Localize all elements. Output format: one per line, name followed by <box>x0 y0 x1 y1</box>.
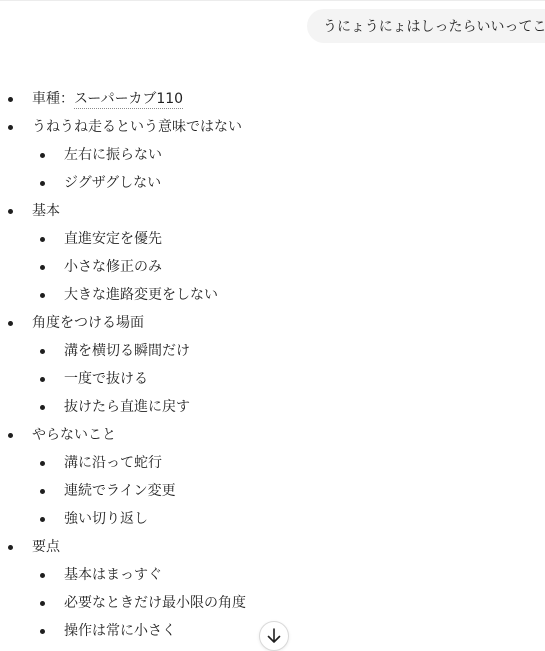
list-item-label: 基本 <box>32 197 60 225</box>
user-message-bubble: うにょうにょはしったらいいってこと？ <box>307 9 545 43</box>
sub-list-item: 連続でライン変更 <box>0 477 545 505</box>
sub-list-item-label: 必要なときだけ最小限の角度 <box>64 589 246 617</box>
bullet-icon <box>40 517 45 522</box>
bullet-icon <box>40 265 45 270</box>
list-item-label: 要点 <box>32 533 60 561</box>
bullet-icon <box>40 489 45 494</box>
list-item: うねうね走るという意味ではない 左右に振らない ジグザグしない <box>0 113 545 197</box>
sub-list-item: 直進安定を優先 <box>0 225 545 253</box>
sub-list-item: 基本はまっすぐ <box>0 561 545 589</box>
sub-list-item-label: 連続でライン変更 <box>64 477 176 505</box>
bullet-icon <box>40 461 45 466</box>
sub-list-item-label: 直進安定を優先 <box>64 225 162 253</box>
list-item-label: うねうね走るという意味ではない <box>32 113 242 141</box>
bullet-icon <box>40 153 45 158</box>
sub-list-item-label: 抜けたら直進に戻す <box>64 393 190 421</box>
sub-list-item: 左右に振らない <box>0 141 545 169</box>
sub-list-item-label: 基本はまっすぐ <box>64 561 162 589</box>
sub-list: 左右に振らない ジグザグしない <box>0 141 545 197</box>
sub-list-item: ジグザグしない <box>0 169 545 197</box>
sub-list-item-label: 小さな修正のみ <box>64 253 162 281</box>
list-item: 車種：スーパーカブ110 <box>0 85 545 113</box>
bullet-icon <box>8 209 13 214</box>
bullet-icon <box>40 405 45 410</box>
vehicle-prefix: 車種： <box>32 91 74 107</box>
bullet-icon <box>40 601 45 606</box>
bullet-icon <box>40 237 45 242</box>
response-list: 車種：スーパーカブ110 うねうね走るという意味ではない 左右に振らない ジグザ… <box>0 85 545 645</box>
sub-list-item-label: ジグザグしない <box>64 169 161 197</box>
sub-list-item-label: 左右に振らない <box>64 141 162 169</box>
bullet-icon <box>8 125 13 130</box>
list-item-label: 角度をつける場面 <box>32 309 144 337</box>
list-item: 基本 直進安定を優先 小さな修正のみ 大きな進路変更をしない <box>0 197 545 309</box>
user-message-text: うにょうにょはしったらいいってこと？ <box>323 16 545 36</box>
sub-list-item-label: 溝に沿って蛇行 <box>64 449 162 477</box>
sub-list: 溝を横切る瞬間だけ 一度で抜ける 抜けたら直進に戻す <box>0 337 545 421</box>
sub-list-item: 溝に沿って蛇行 <box>0 449 545 477</box>
assistant-response: 車種：スーパーカブ110 うねうね走るという意味ではない 左右に振らない ジグザ… <box>0 85 545 645</box>
sub-list: 溝に沿って蛇行 連続でライン変更 強い切り返し <box>0 449 545 533</box>
sub-list-item: 溝を横切る瞬間だけ <box>0 337 545 365</box>
bullet-icon <box>8 321 13 326</box>
list-item: やらないこと 溝に沿って蛇行 連続でライン変更 強い切り返し <box>0 421 545 533</box>
sub-list-item: 抜けたら直進に戻す <box>0 393 545 421</box>
bullet-icon <box>8 433 13 438</box>
sub-list-item-label: 溝を横切る瞬間だけ <box>64 337 190 365</box>
top-divider <box>0 0 545 1</box>
sub-list-item: 強い切り返し <box>0 505 545 533</box>
sub-list: 直進安定を優先 小さな修正のみ 大きな進路変更をしない <box>0 225 545 309</box>
sub-list-item: 必要なときだけ最小限の角度 <box>0 589 545 617</box>
bullet-icon <box>8 97 13 102</box>
sub-list-item-label: 強い切り返し <box>64 505 148 533</box>
list-item-label: やらないこと <box>32 421 116 449</box>
bullet-icon <box>40 293 45 298</box>
bullet-icon <box>8 545 13 550</box>
sub-list-item: 大きな進路変更をしない <box>0 281 545 309</box>
sub-list-item: 小さな修正のみ <box>0 253 545 281</box>
bullet-icon <box>40 629 45 634</box>
bullet-icon <box>40 377 45 382</box>
sub-list-item: 一度で抜ける <box>0 365 545 393</box>
bullet-icon <box>40 181 45 186</box>
vehicle-model-link[interactable]: スーパーカブ110 <box>74 91 183 109</box>
sub-list-item-label: 操作は常に小さく <box>64 617 176 645</box>
sub-list-item-label: 大きな進路変更をしない <box>64 281 218 309</box>
sub-list-item-label: 一度で抜ける <box>64 365 148 393</box>
bullet-icon <box>40 573 45 578</box>
list-item: 角度をつける場面 溝を横切る瞬間だけ 一度で抜ける 抜けたら直進に戻す <box>0 309 545 421</box>
bullet-icon <box>40 349 45 354</box>
arrow-down-icon <box>267 628 281 644</box>
scroll-to-bottom-button[interactable] <box>259 621 289 647</box>
